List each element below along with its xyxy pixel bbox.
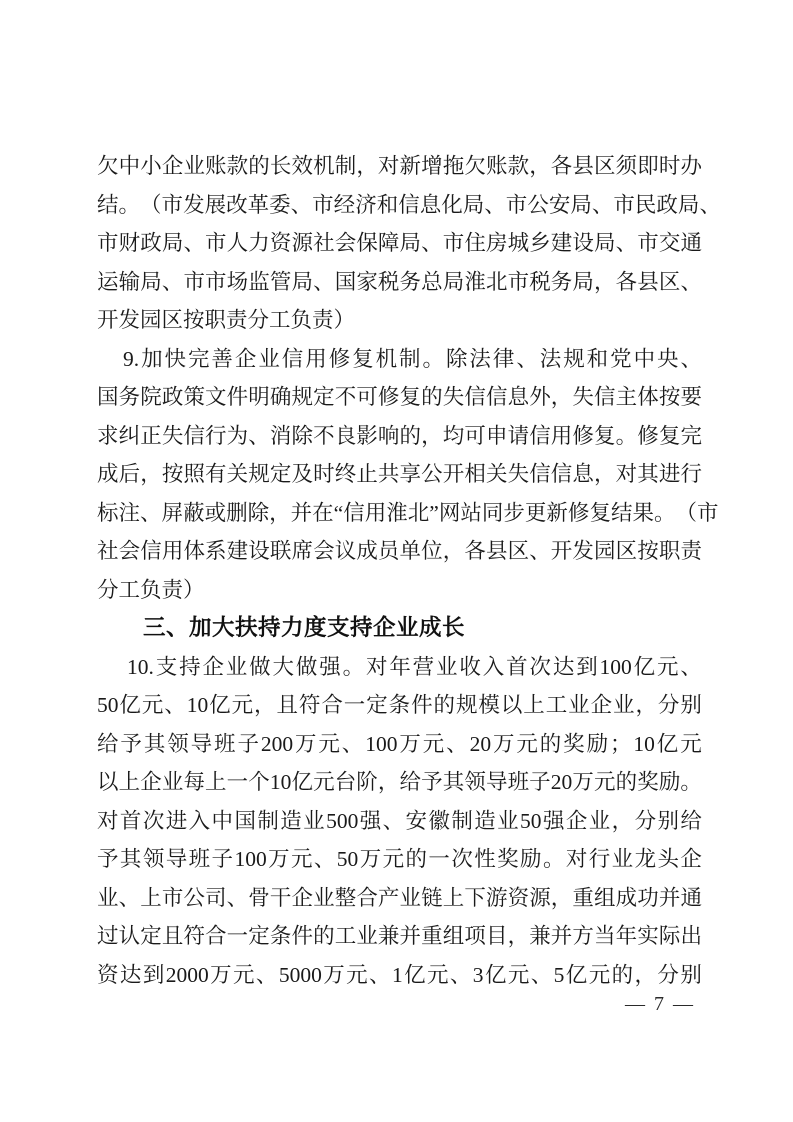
text-line: 国务院政策文件明确规定不可修复的失信信息外，失信主体按要 (97, 378, 702, 417)
paragraph-8-continuation: 欠中小企业账款的长效机制，对新增拖欠账款，各县区须即时办结。（市发展改革委、市经… (97, 147, 702, 340)
section-heading: 三、加大扶持力度支持企业成长 (97, 609, 702, 648)
text-line: 50亿元、10亿元，且符合一定条件的规模以上工业企业，分别 (97, 686, 702, 725)
paragraph-item-10: 10.支持企业做大做强。对年营业收入首次达到100亿元、50亿元、10亿元，且符… (97, 648, 702, 995)
section-heading-3: 三、加大扶持力度支持企业成长 (97, 609, 702, 648)
text-line: 运输局、市市场监管局、国家税务总局淮北市税务局，各县区、 (97, 263, 702, 302)
text-line: 分工负责） (97, 571, 702, 610)
text-line: 给予其领导班子200万元、100万元、20万元的奖励；10亿元 (97, 725, 702, 764)
page-number: — 7 — (97, 990, 695, 1018)
text-line: 开发园区按职责分工负责） (97, 301, 702, 340)
text-line: 社会信用体系建设联席会议成员单位，各县区、开发园区按职责 (97, 532, 702, 571)
text-line: 标注、屏蔽或删除，并在“信用淮北”网站同步更新修复结果。（市 (97, 494, 702, 533)
text-line: 求纠正失信行为、消除不良影响的，均可申请信用修复。修复完 (97, 417, 702, 456)
text-line: 对首次进入中国制造业500强、安徽制造业50强企业，分别给 (97, 802, 702, 841)
text-line: 过认定且符合一定条件的工业兼并重组项目，兼并方当年实际出 (97, 917, 702, 956)
document-body: 欠中小企业账款的长效机制，对新增拖欠账款，各县区须即时办结。（市发展改革委、市经… (97, 147, 702, 994)
document-page: 欠中小企业账款的长效机制，对新增拖欠账款，各县区须即时办结。（市发展改革委、市经… (0, 0, 793, 1122)
text-line: 结。（市发展改革委、市经济和信息化局、市公安局、市民政局、 (97, 186, 702, 225)
text-line: 10.支持企业做大做强。对年营业收入首次达到100亿元、 (97, 648, 702, 687)
text-line: 以上企业每上一个10亿元台阶，给予其领导班子20万元的奖励。 (97, 763, 702, 802)
text-line: 欠中小企业账款的长效机制，对新增拖欠账款，各县区须即时办 (97, 147, 702, 186)
text-line: 9.加快完善企业信用修复机制。除法律、法规和党中央、 (97, 340, 702, 379)
text-line: 予其领导班子100万元、50万元的一次性奖励。对行业龙头企 (97, 840, 702, 879)
text-line: 业、上市公司、骨干企业整合产业链上下游资源，重组成功并通 (97, 879, 702, 918)
text-line: 市财政局、市人力资源社会保障局、市住房城乡建设局、市交通 (97, 224, 702, 263)
paragraph-item-9: 9.加快完善企业信用修复机制。除法律、法规和党中央、国务院政策文件明确规定不可修… (97, 340, 702, 610)
text-line: 资达到2000万元、5000万元、1亿元、3亿元、5亿元的，分别 (97, 956, 702, 995)
text-line: 成后，按照有关规定及时终止共享公开相关失信信息，对其进行 (97, 455, 702, 494)
